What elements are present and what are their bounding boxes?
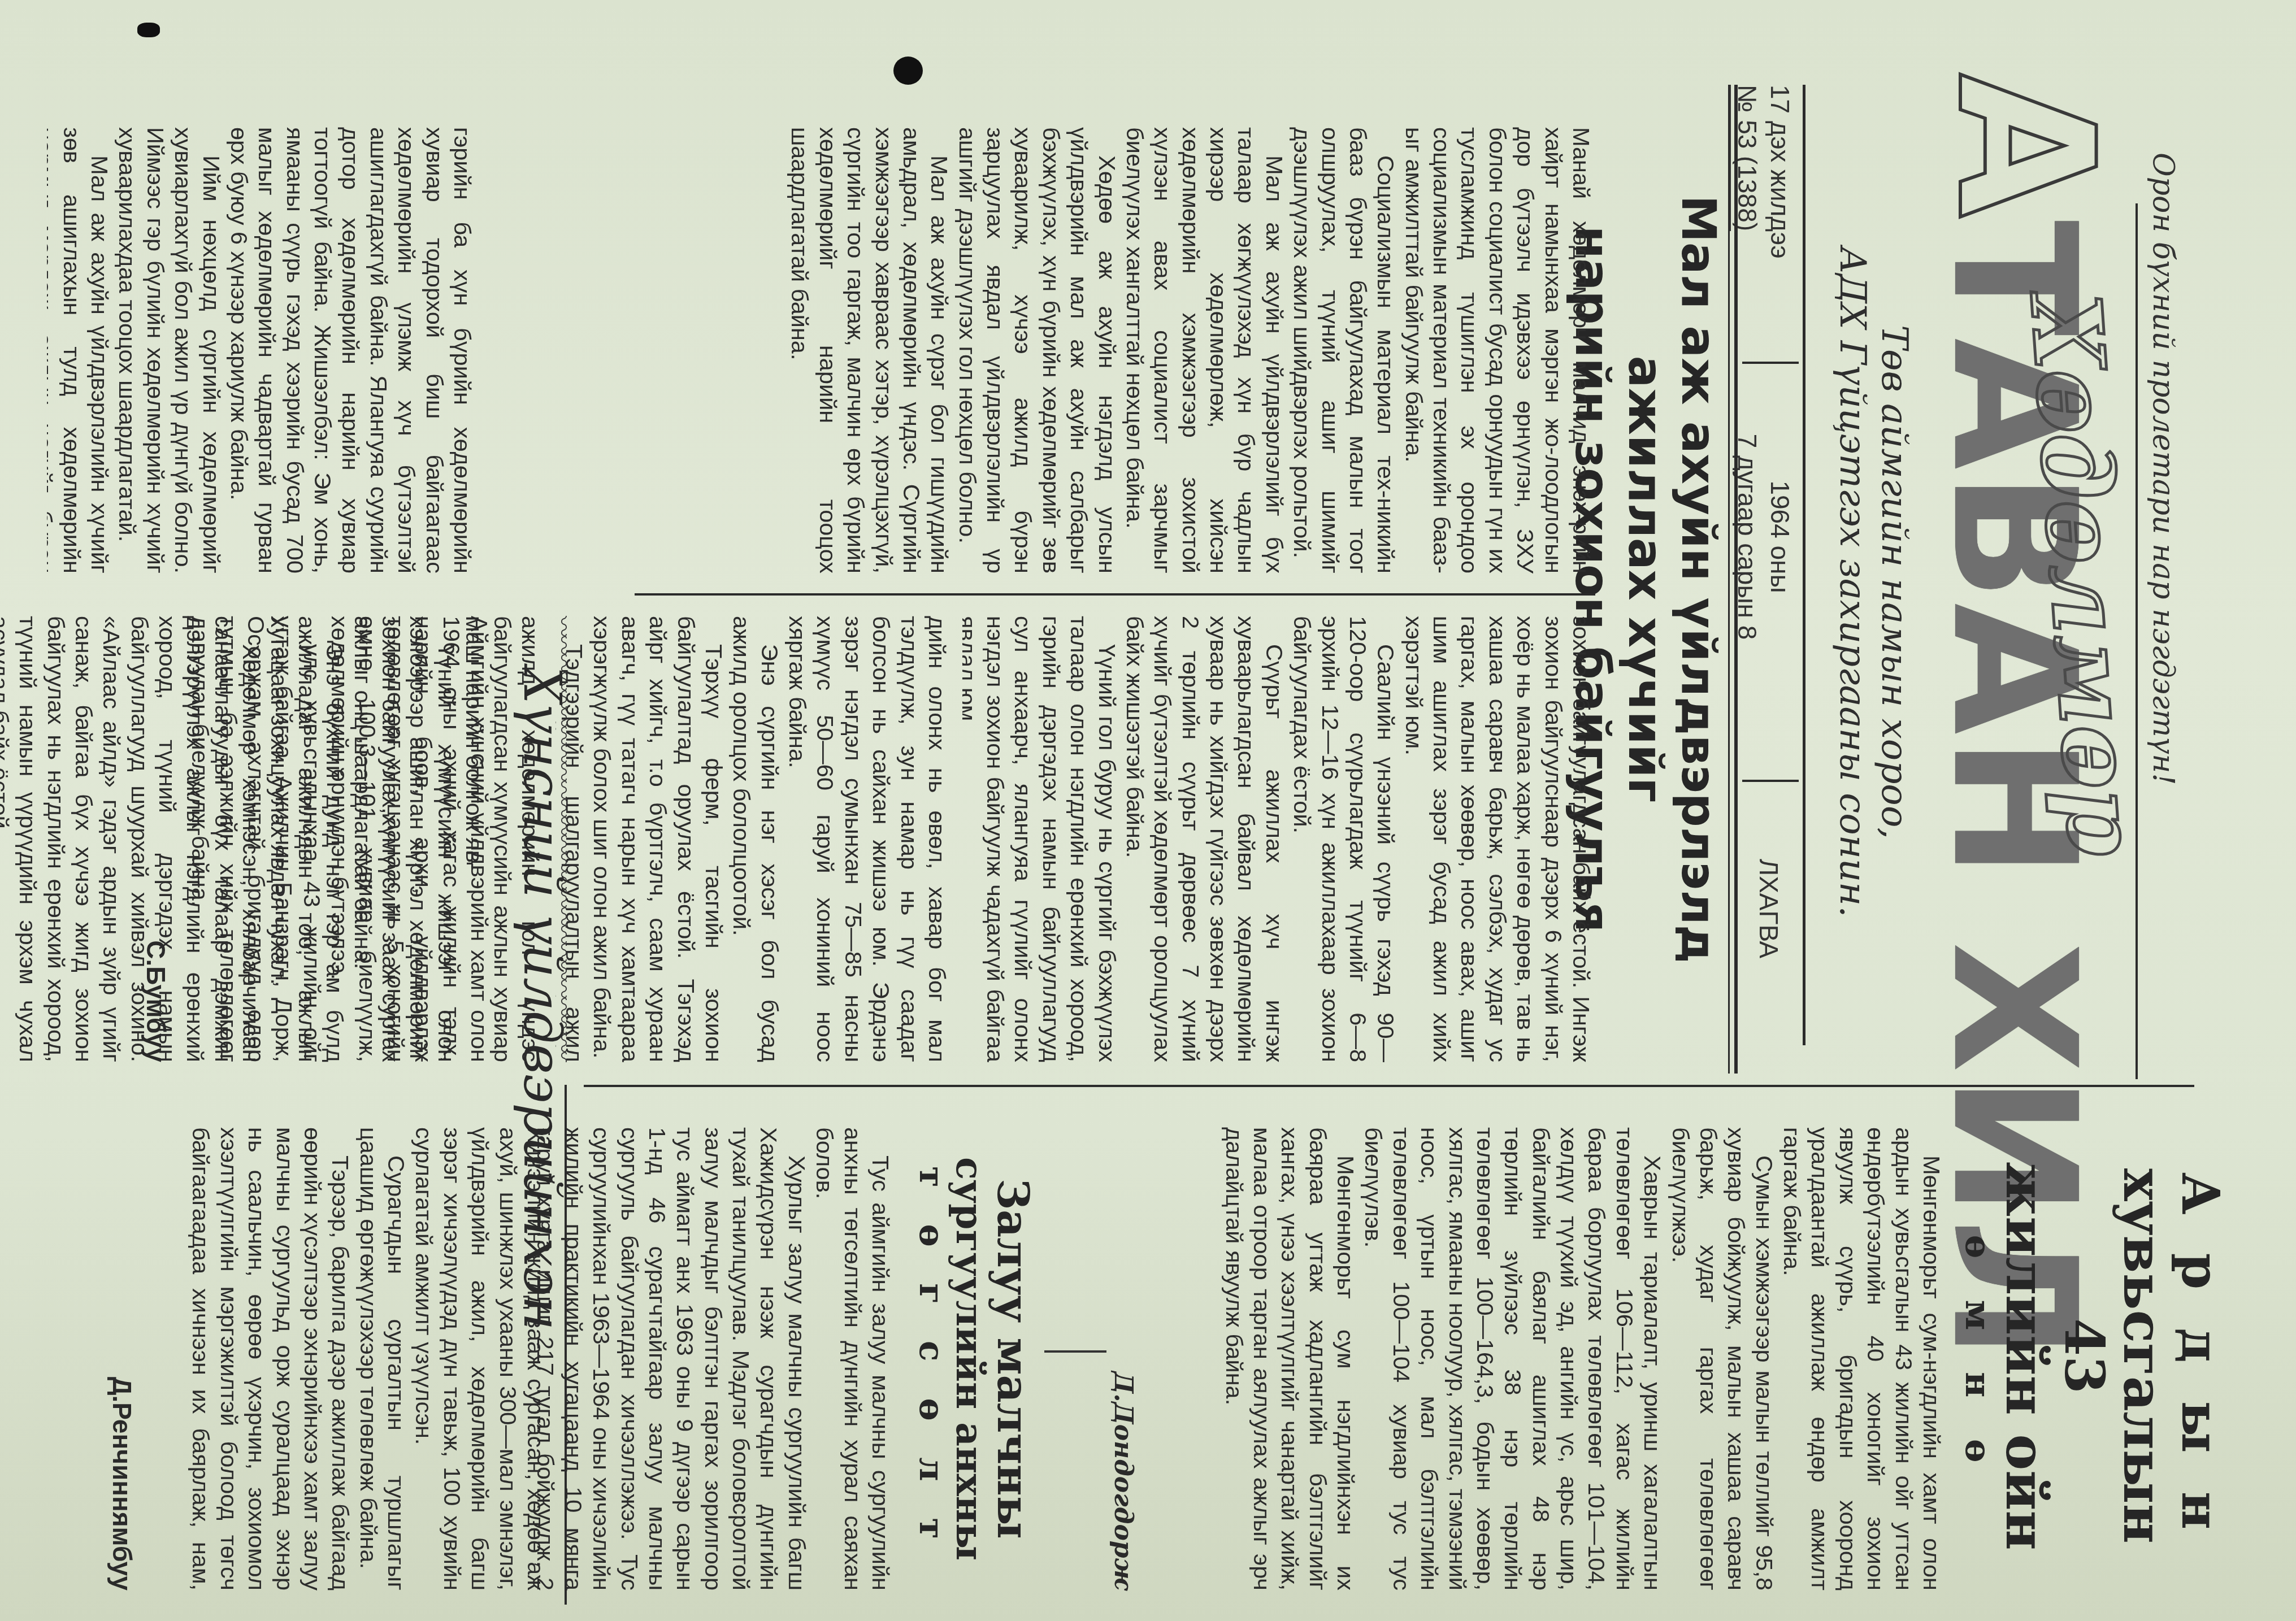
side-article-body: Мөнгөнморьт сум-нэгдлийн хамт олон ардын…	[1143, 1127, 1946, 1590]
main-paragraph: Сүүрьт ажиллах хүч ингэж хуваарьлагдсан …	[1121, 616, 1288, 1062]
main-column-2: зохион байгуулагдсан байх ёстой. Ингэж з…	[962, 616, 1595, 1062]
side-article-signature: Д.Дондогдорж	[1109, 1127, 1138, 1590]
food-paragraph: Аймгийн хүнсний үйлдвэрийн хамт олон 196…	[326, 616, 493, 1062]
side-paragraph: Сумын хэмжээгээр малын төллийг 95,8 хуви…	[1666, 1127, 1778, 1590]
main-paragraph: Энэ сүргийн нэг хэсэг бол бусад ажилд ор…	[728, 616, 784, 1062]
main-paragraph: Үүний гол буруу нь сүргийг бэхжүүлэх тал…	[962, 616, 1121, 1062]
school-article-title: Залуу малчны сургуулийн анхны т ө г с ө …	[913, 1127, 1036, 1590]
main-column-3: дийн олонх нь өвөл, хавар бог мал тэлдүү…	[555, 616, 951, 1062]
newspaper-page: Орон бүхний пролетари нар нэгдэгтүн! А Т…	[0, 0, 2296, 1621]
main-paragraph: Мал аж ахуйн үйлдвэрлэлийг бүх талаар хө…	[1121, 127, 1288, 573]
food-article-title: Хүнсний үйлдвэрийнхэн	[512, 667, 572, 1330]
main-column-5: гэрийн ба хүн бүрийн хөдөлмөрийн хувиар …	[47, 127, 476, 573]
school-article-body-2: Хичээлийн жилд зааж сургасан, хөдөө аж а…	[183, 1127, 550, 1590]
issue-rule-top	[1803, 85, 1805, 1045]
food-article-body: Аймгийн хүнсний үйлдвэрийн хамт олон 196…	[177, 616, 493, 1062]
school-paragraph: Тус аймгийн залуу малчны сургуулийн анхн…	[811, 1127, 895, 1590]
side-title-line4: ө м н ө	[1959, 1124, 1996, 1588]
main-paragraph: Ийм нөхцөлд сүргийн хөдөлмөрийг хувиарла…	[114, 127, 225, 573]
school-title-line3: т ө г с ө л т	[913, 1127, 949, 1590]
school-paragraph: Хурлыг залуу малчны сургуулийн багш Хажи…	[533, 1127, 811, 1590]
issue-weekday: ЛХАГВА	[1752, 859, 1785, 958]
school-paragraph: Тэрээр, барилга дээр ажиллаж байгаад өөр…	[183, 1127, 354, 1590]
main-paragraph: гэрийн ба хүн бүрийн хөдөлмөрийн хувиар …	[225, 127, 476, 573]
side-divider	[584, 1085, 2194, 1087]
food-article-signature: С.Бумбуу	[141, 616, 171, 1062]
issue-rule-bottom	[1728, 85, 1738, 1074]
masthead-slogan: Орон бүхний пролетари нар нэгдэгтүн!	[2146, 153, 2180, 1000]
side-paragraph: Мөнгөнморьт сум-нэгдлийн хамт олон ардын…	[1778, 1127, 1946, 1590]
school-title-line2: сургуулийн анхны	[949, 1127, 989, 1590]
ornament-divider	[1044, 1350, 1106, 1353]
main-paragraph: Мал аж ахуйн үйлдвэрлэлийн хүчийг зөв аш…	[47, 127, 114, 573]
masthead-subtitle: Төв аймгийн намын хороо, АДХ Гүйцэтгэх з…	[1831, 158, 1915, 1006]
main-paragraph: Тэрхүү ферм, тасгийн зохион байгуулалтад…	[588, 616, 728, 1062]
masthead-subtitle-line2: АДХ Гүйцэтгэх захиргааны сонин.	[1831, 158, 1873, 1006]
main-paragraph: зохион байгуулагдсан байх ёстой. Ингэж з…	[1400, 616, 1595, 1062]
side-paragraph: Хаврын тариалалт, уринш хагалалтын төлөв…	[1360, 1127, 1666, 1590]
school-article-signature: Д.Ренчиннямбуу	[107, 1127, 137, 1590]
masthead-initial: А	[1932, 73, 2118, 218]
issue-date-block: 1964 оны 7 дугаар сарын 8	[1731, 396, 1796, 678]
main-paragraph: Социализмын материал тех-никийн бааз бүр…	[1288, 127, 1400, 573]
punch-hole	[137, 23, 160, 37]
school-paragraph: Сурагчдын сургалтын туршлагыг цаашид өрг…	[354, 1127, 410, 1590]
issue-volume-block: 17 дэх жилдээ № 53 (1388)	[1729, 85, 1796, 328]
side-paragraph: Мөнгөнморьт сум нэгдлийнхэн их баяраа уг…	[1220, 1127, 1360, 1590]
school-article-body-1: Тус аймгийн залуу малчны сургуулийн анхн…	[533, 1127, 895, 1590]
main-headline-line1: Мал аж ахуйн үйлдвэрлэлд ажиллах хүчийг	[1619, 85, 1725, 1074]
side-article-title: А р д ы н хувьсгалын 43 жилийн ойн ө м н…	[1959, 1124, 2228, 1588]
main-paragraph: Манай хөдөлмөрч малчид энэх-рийн хайрт н…	[1400, 127, 1595, 573]
main-paragraph: Саалийн үнээний сүүрь гэхэд 90—120-оор с…	[1288, 616, 1400, 1062]
issue-divider	[1742, 362, 1799, 364]
punch-hole	[893, 57, 923, 85]
main-paragraph: Мал аж ахуйн сүрэг бол гишүүдийн амьдрал…	[786, 127, 953, 573]
food-paragraph: улс хувьсгалынхаа 43 жилийн ойг угтаж ба…	[186, 616, 326, 1062]
issue-year: 1964 оны	[1764, 396, 1796, 678]
school-title-line1: Залуу малчны	[989, 1127, 1036, 1590]
issue-volume: 17 дэх жилдээ	[1764, 85, 1796, 328]
side-title-line2: хувьсгалын 43	[2055, 1124, 2172, 1588]
issue-divider	[1742, 780, 1799, 782]
side-title-line3: жилийн ойн	[1996, 1124, 2055, 1588]
masthead-subtitle-line1: Төв аймгийн намын хороо,	[1873, 158, 1915, 1006]
main-column-1: Манай хөдөлмөрч малчид энэх-рийн хайрт н…	[488, 127, 1595, 573]
main-paragraph: дийн олонх нь өвөл, хавар бог мал тэлдүү…	[784, 616, 951, 1062]
column-divider	[635, 593, 1595, 596]
main-paragraph: Хөдөө аж ахуйн нэгдэлд улсын үйлдвэрийн …	[953, 127, 1121, 573]
side-title-line1: А р д ы н	[2172, 1124, 2228, 1588]
